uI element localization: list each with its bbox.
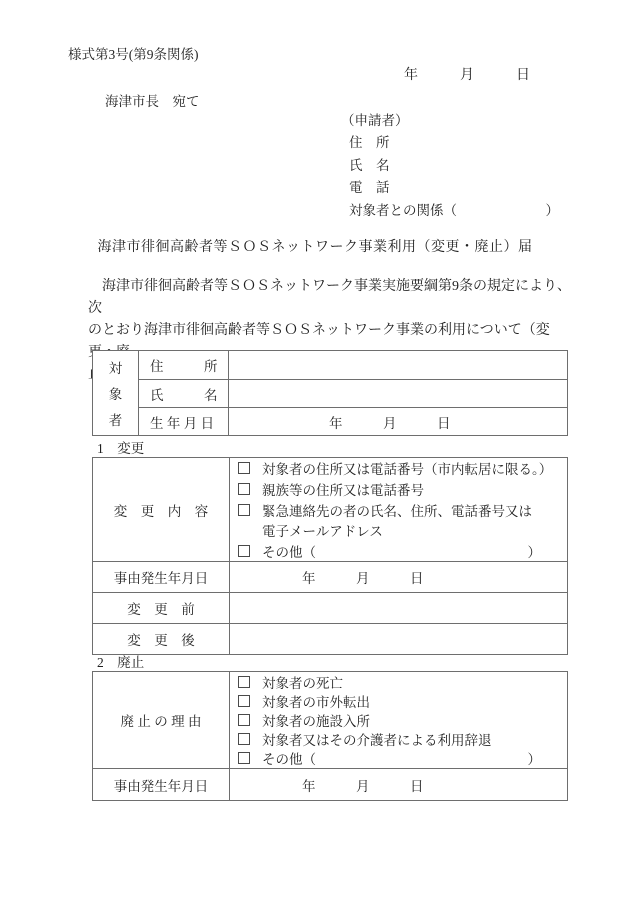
checkbox-change-subject-address[interactable] [238,462,250,474]
change-before-value-cell [230,593,567,623]
applicant-relation-label: 対象者との関係（ [349,200,457,222]
preamble-line-1: 海津市徘徊高齢者等ＳＯＳネットワーク事業実施要綱第9条の規定により、次 [88,276,572,320]
change-option-label: 親族等の住所又は電話番号 [262,479,424,499]
subject-birthdate-row: 生 年 月 日 年 月 日 [139,407,567,435]
abolition-option-moveout: 対象者の市外転出 [230,691,567,710]
change-other-close-paren: ） [528,541,542,561]
subject-group-label: 対 象 者 [93,351,139,435]
submission-date-line: 年 月 日 [404,64,530,84]
abolition-option-label: 対象者の市外転出 [262,691,370,711]
applicant-name-label: 氏 名 [341,155,559,177]
change-table: 変 更 内 容 対象者の住所又は電話番号（市内転居に限る。） 親族等の住所又は電… [92,457,568,655]
change-option-emergency-contact: 緊急連絡先の者の氏名、住所、電話番号又は [230,499,567,520]
change-content-label: 変 更 内 容 [93,458,230,561]
change-after-row: 変 更 後 [93,623,567,654]
change-date-value-cell: 年 月 日 [230,562,567,592]
abolition-date-row: 事由発生年月日 年 月 日 [93,768,567,800]
subject-address-value-cell [229,351,567,379]
applicant-heading: （申請者） [341,110,559,132]
subject-name-value-cell [229,380,567,407]
checkbox-abolition-withdrawal[interactable] [238,733,250,745]
form-number: 様式第3号(第9条関係) [68,43,199,63]
abolition-reason-label: 廃 止 の 理 由 [93,672,230,768]
form-page: 様式第3号(第9条関係) 年 月 日 海津市長 宛て （申請者） 住 所 氏 名… [0,0,630,903]
abolition-reason-row: 廃 止 の 理 由 対象者の死亡 対象者の市外転出 対象者の施設入所 対象者又は… [93,672,567,768]
subject-group-char-3: 者 [109,409,123,429]
checkbox-change-other[interactable] [238,545,250,557]
checkbox-abolition-other[interactable] [238,752,250,764]
subject-address-label: 住 所 [139,351,229,379]
applicant-block: （申請者） 住 所 氏 名 電 話 対象者との関係（ ） [341,110,559,222]
change-content-row: 変 更 内 容 対象者の住所又は電話番号（市内転居に限る。） 親族等の住所又は電… [93,458,567,561]
abolition-option-facility-admission: 対象者の施設入所 [230,710,567,729]
subject-name-label: 氏 名 [139,380,229,407]
subject-group-char-2: 象 [109,383,123,403]
subject-name-row: 氏 名 [139,379,567,407]
checkbox-change-emergency-contact[interactable] [238,504,250,516]
change-option-emergency-contact-continuation: 電子メールアドレス [230,520,567,541]
abolition-other-close-paren: ） [528,748,542,768]
applicant-address-label: 住 所 [341,132,559,154]
change-option-label-continuation: 電子メールアドレス [262,520,383,540]
section-change-heading: 1 変更 [97,437,144,457]
abolition-table: 廃 止 の 理 由 対象者の死亡 対象者の市外転出 対象者の施設入所 対象者又は… [92,671,568,801]
section-abolition-heading: 2 廃止 [97,651,144,671]
abolition-option-withdrawal: 対象者又はその介護者による利用辞退 [230,730,567,749]
subject-table: 対 象 者 住 所 氏 名 生 年 月 日 年 月 日 [92,350,568,436]
change-after-value-cell [230,624,567,654]
change-option-subject-address: 対象者の住所又は電話番号（市内転居に限る。） [230,458,567,479]
checkbox-abolition-moveout[interactable] [238,695,250,707]
subject-birthdate-label: 生 年 月 日 [139,408,229,435]
abolition-option-death: 対象者の死亡 [230,672,567,691]
applicant-phone-label: 電 話 [341,177,559,199]
abolition-option-label: 対象者の施設入所 [262,710,370,730]
change-before-label: 変 更 前 [93,593,230,623]
applicant-relation-line: 対象者との関係（ ） [341,200,559,222]
abolition-date-value-cell: 年 月 日 [230,769,567,800]
checkbox-change-relatives-address[interactable] [238,483,250,495]
abolition-option-label: 対象者又はその介護者による利用辞退 [262,729,492,749]
form-title: 海津市徘徊高齢者等ＳＯＳネットワーク事業利用（変更・廃止）届 [0,236,630,256]
subject-group-char-1: 対 [109,357,123,377]
change-option-label: 対象者の住所又は電話番号（市内転居に限る。） [262,458,552,478]
abolition-option-label: その他（ [262,748,316,768]
addressee: 海津市長 宛て [105,90,200,110]
change-option-label: その他（ [262,541,316,561]
change-date-label: 事由発生年月日 [93,562,230,592]
checkbox-abolition-facility-admission[interactable] [238,714,250,726]
checkbox-abolition-death[interactable] [238,676,250,688]
subject-address-row: 住 所 [139,351,567,379]
applicant-relation-close-paren: ） [546,200,560,222]
abolition-option-other: その他（ ） [230,749,567,768]
change-option-other: その他（ ） [230,540,567,561]
change-before-row: 変 更 前 [93,592,567,623]
abolition-date-label: 事由発生年月日 [93,769,230,800]
abolition-option-label: 対象者の死亡 [262,672,343,692]
change-option-relatives-address: 親族等の住所又は電話番号 [230,479,567,500]
change-date-row: 事由発生年月日 年 月 日 [93,561,567,592]
change-option-label: 緊急連絡先の者の氏名、住所、電話番号又は [262,500,532,520]
change-after-label: 変 更 後 [93,624,230,654]
subject-birthdate-value-cell: 年 月 日 [229,408,567,435]
